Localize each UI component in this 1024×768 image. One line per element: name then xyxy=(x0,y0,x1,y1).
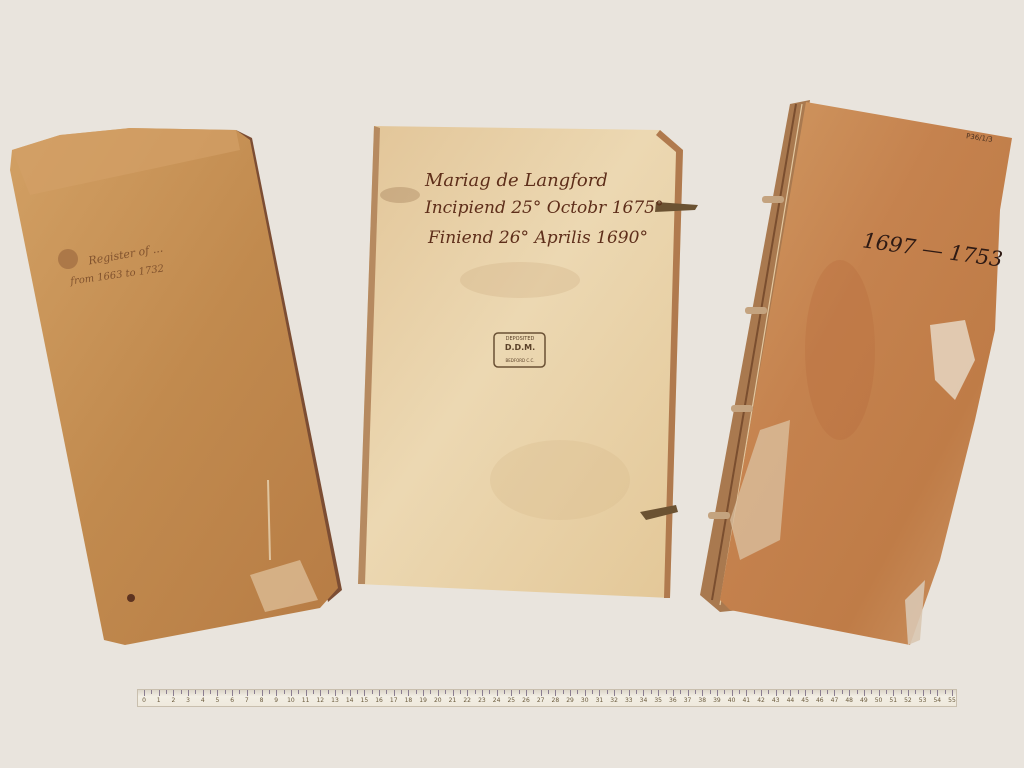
ruler-half-tick xyxy=(298,690,299,694)
ruler-half-tick xyxy=(812,690,813,694)
ruler-tick xyxy=(614,690,615,696)
ruler-half-tick xyxy=(445,690,446,694)
ruler-tick xyxy=(629,690,630,696)
ruler-label: 2 xyxy=(171,697,175,704)
ruler-label: 27 xyxy=(537,697,545,704)
ruler-tick xyxy=(702,690,703,696)
ruler-label: 22 xyxy=(463,697,471,704)
ruler-tick xyxy=(658,690,659,696)
ruler-label: 8 xyxy=(260,697,264,704)
ruler-tick xyxy=(203,690,204,696)
ruler-half-tick xyxy=(651,690,652,694)
ruler-tick xyxy=(732,690,733,696)
ruler-half-tick xyxy=(842,690,843,694)
ruler-label: 10 xyxy=(287,697,295,704)
ruler-half-tick xyxy=(328,690,329,694)
ruler-half-tick xyxy=(460,690,461,694)
ruler-half-tick xyxy=(151,690,152,694)
ruler-label: 51 xyxy=(889,697,897,704)
ruler-tick xyxy=(599,690,600,696)
ruler-label: 28 xyxy=(552,697,560,704)
ruler-tick xyxy=(952,690,953,696)
ruler-label: 12 xyxy=(316,697,324,704)
ruler-tick xyxy=(717,690,718,696)
ruler-half-tick xyxy=(210,690,211,694)
ruler-tick xyxy=(864,690,865,696)
ruler-half-tick xyxy=(827,690,828,694)
ruler-tick xyxy=(688,690,689,696)
ruler-tick xyxy=(159,690,160,696)
ruler-label: 13 xyxy=(331,697,339,704)
ruler-half-tick xyxy=(313,690,314,694)
ruler-half-tick xyxy=(239,690,240,694)
ruler-label: 16 xyxy=(375,697,383,704)
ruler-tick xyxy=(776,690,777,696)
ruler-half-tick xyxy=(607,690,608,694)
ruler-tick xyxy=(511,690,512,696)
ruler-tick xyxy=(467,690,468,696)
ruler-label: 23 xyxy=(478,697,486,704)
ruler-tick xyxy=(217,690,218,696)
ruler-tick xyxy=(879,690,880,696)
ruler-half-tick xyxy=(930,690,931,694)
ruler-half-tick xyxy=(519,690,520,694)
measurement-ruler: 0123456789101112131415161718192021222324… xyxy=(137,689,957,707)
ruler-label: 18 xyxy=(405,697,413,704)
ruler-half-tick xyxy=(621,690,622,694)
ruler-label: 30 xyxy=(581,697,589,704)
ruler-label: 36 xyxy=(669,697,677,704)
ruler-half-tick xyxy=(680,690,681,694)
ruler-half-tick xyxy=(739,690,740,694)
ruler-label: 52 xyxy=(904,697,912,704)
ruler-half-tick xyxy=(533,690,534,694)
ruler-label: 35 xyxy=(654,697,662,704)
ruler-label: 38 xyxy=(698,697,706,704)
ruler-half-tick xyxy=(548,690,549,694)
ruler-tick xyxy=(849,690,850,696)
ruler-half-tick xyxy=(504,690,505,694)
ruler-label: 3 xyxy=(186,697,190,704)
ruler-half-tick xyxy=(915,690,916,694)
ruler-label: 19 xyxy=(419,697,427,704)
ruler-tick xyxy=(247,690,248,696)
ruler-label: 31 xyxy=(596,697,604,704)
ruler-label: 53 xyxy=(919,697,927,704)
ruler-label: 48 xyxy=(845,697,853,704)
right-book xyxy=(0,0,1024,768)
ruler-half-tick xyxy=(577,690,578,694)
ruler-half-tick xyxy=(489,690,490,694)
ruler-label: 1 xyxy=(157,697,161,704)
ruler-tick xyxy=(394,690,395,696)
ruler-label: 14 xyxy=(346,697,354,704)
ruler-label: 20 xyxy=(434,697,442,704)
ruler-tick xyxy=(438,690,439,696)
ruler-label: 42 xyxy=(757,697,765,704)
ruler-tick xyxy=(453,690,454,696)
ruler-tick xyxy=(761,690,762,696)
ruler-label: 37 xyxy=(684,697,692,704)
ruler-half-tick xyxy=(357,690,358,694)
ruler-tick xyxy=(482,690,483,696)
ruler-half-tick xyxy=(166,690,167,694)
ruler-half-tick xyxy=(401,690,402,694)
ruler-half-tick xyxy=(254,690,255,694)
ruler-half-tick xyxy=(342,690,343,694)
ruler-tick xyxy=(232,690,233,696)
ruler-tick xyxy=(173,690,174,696)
ruler-half-tick xyxy=(945,690,946,694)
ruler-label: 25 xyxy=(507,697,515,704)
ruler-tick xyxy=(364,690,365,696)
ruler-half-tick xyxy=(695,690,696,694)
ruler-half-tick xyxy=(372,690,373,694)
ruler-label: 46 xyxy=(816,697,824,704)
ruler-tick xyxy=(320,690,321,696)
ruler-label: 6 xyxy=(230,697,234,704)
ruler-tick xyxy=(585,690,586,696)
ruler-label: 45 xyxy=(801,697,809,704)
ruler-label: 26 xyxy=(522,697,530,704)
ruler-label: 32 xyxy=(610,697,618,704)
ruler-tick xyxy=(805,690,806,696)
ruler-half-tick xyxy=(871,690,872,694)
ruler-tick xyxy=(746,690,747,696)
ruler-label: 24 xyxy=(493,697,501,704)
ruler-half-tick xyxy=(857,690,858,694)
ruler-tick xyxy=(262,690,263,696)
ruler-label: 21 xyxy=(449,697,457,704)
ruler-tick xyxy=(908,690,909,696)
ruler-half-tick xyxy=(710,690,711,694)
ruler-half-tick xyxy=(768,690,769,694)
ruler-half-tick xyxy=(416,690,417,694)
ruler-label: 44 xyxy=(787,697,795,704)
ruler-tick xyxy=(188,690,189,696)
ruler-tick xyxy=(893,690,894,696)
ruler-tick xyxy=(144,690,145,696)
ruler-label: 39 xyxy=(713,697,721,704)
ruler-tick xyxy=(497,690,498,696)
ruler-half-tick xyxy=(563,690,564,694)
ruler-half-tick xyxy=(636,690,637,694)
ruler-tick xyxy=(923,690,924,696)
ruler-tick xyxy=(408,690,409,696)
ruler-tick xyxy=(643,690,644,696)
ruler-tick xyxy=(673,690,674,696)
ruler-tick xyxy=(555,690,556,696)
ruler-tick xyxy=(570,690,571,696)
ruler-label: 11 xyxy=(302,697,310,704)
ruler-tick xyxy=(291,690,292,696)
ruler-half-tick xyxy=(475,690,476,694)
ruler-half-tick xyxy=(181,690,182,694)
ruler-label: 7 xyxy=(245,697,249,704)
ruler-half-tick xyxy=(269,690,270,694)
ruler-tick xyxy=(526,690,527,696)
ruler-label: 54 xyxy=(933,697,941,704)
ruler-label: 49 xyxy=(860,697,868,704)
ruler-half-tick xyxy=(386,690,387,694)
ruler-tick xyxy=(834,690,835,696)
ruler-tick xyxy=(379,690,380,696)
ruler-label: 43 xyxy=(772,697,780,704)
ruler-label: 50 xyxy=(875,697,883,704)
ruler-label: 29 xyxy=(566,697,574,704)
ruler-label: 4 xyxy=(201,697,205,704)
ruler-tick xyxy=(276,690,277,696)
ruler-half-tick xyxy=(284,690,285,694)
ruler-label: 40 xyxy=(728,697,736,704)
ruler-label: 17 xyxy=(390,697,398,704)
ruler-tick xyxy=(790,690,791,696)
ruler-half-tick xyxy=(783,690,784,694)
ruler-half-tick xyxy=(798,690,799,694)
ruler-label: 33 xyxy=(625,697,633,704)
ruler-label: 55 xyxy=(948,697,956,704)
ruler-half-tick xyxy=(724,690,725,694)
ruler-label: 34 xyxy=(640,697,648,704)
ruler-half-tick xyxy=(901,690,902,694)
ruler-half-tick xyxy=(754,690,755,694)
ruler-tick xyxy=(820,690,821,696)
ruler-label: 15 xyxy=(361,697,369,704)
ruler-half-tick xyxy=(430,690,431,694)
ruler-tick xyxy=(541,690,542,696)
ruler-tick xyxy=(335,690,336,696)
ruler-label: 41 xyxy=(742,697,750,704)
ruler-half-tick xyxy=(592,690,593,694)
ruler-tick xyxy=(423,690,424,696)
ruler-tick xyxy=(350,690,351,696)
ruler-tick xyxy=(306,690,307,696)
ruler-half-tick xyxy=(225,690,226,694)
ruler-label: 5 xyxy=(216,697,220,704)
ruler-tick xyxy=(937,690,938,696)
ruler-label: 9 xyxy=(274,697,278,704)
ruler-half-tick xyxy=(666,690,667,694)
ruler-half-tick xyxy=(886,690,887,694)
ruler-label: 47 xyxy=(831,697,839,704)
ruler-half-tick xyxy=(195,690,196,694)
ruler-label: 0 xyxy=(142,697,146,704)
